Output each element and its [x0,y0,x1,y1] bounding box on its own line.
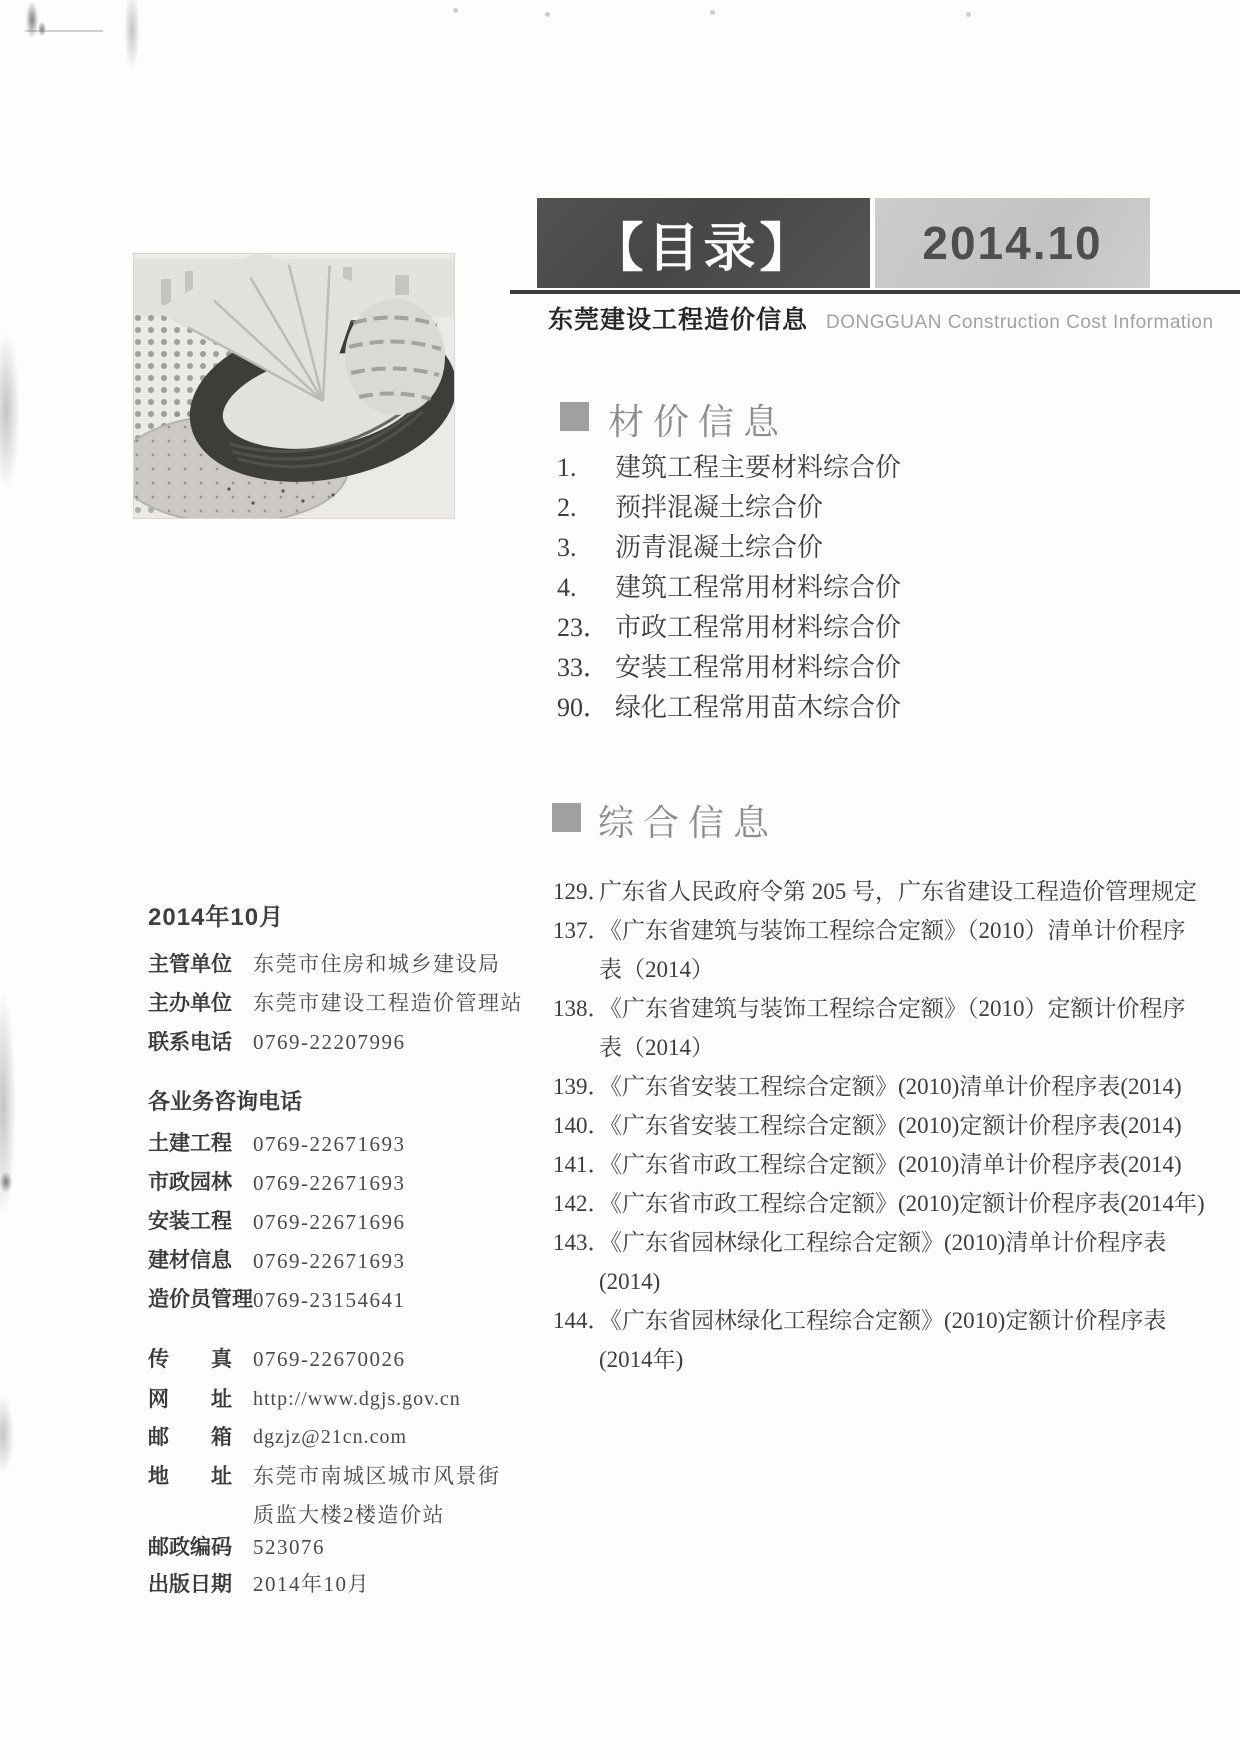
scan-mark [966,12,971,17]
toc-title: 【目录】 [591,206,815,281]
scan-mark [545,12,550,17]
toc-entry: 142．《广东省市政工程综合定额》(2010)定额计价程序表(2014年) [553,1184,1153,1223]
toc-entry: 139．《广东省安装工程综合定额》(2010)清单计价程序表(2014) [553,1067,1153,1106]
toc-title-banner: 【目录】 [537,198,870,288]
toc-entry-continuation: 表（2014） [553,950,1153,989]
row-value: 0769-22207996 [253,1030,406,1054]
row-value: dgzjz@21cn.com [253,1426,407,1448]
scan-mark [0,1172,12,1192]
toc-entry: 33．安装工程常用材料综合价 [557,648,901,688]
toc-entry: 4.建筑工程常用材料综合价 [557,568,901,608]
toc-entry-title: 《广东省安装工程综合定额》(2010)定额计价程序表(2014) [599,1113,1182,1138]
toc-entry-number: 90． [557,688,615,728]
publisher-row: 联系电话0769-22207996 [148,1024,523,1063]
row-value: 东莞市南城区城市风景街 [253,1464,501,1488]
toc-entry: 23．市政工程常用材料综合价 [557,608,901,648]
contact-block: 传真0769-22670026 网址http://www.dgjs.gov.cn… [148,1341,501,1537]
publisher-row: 主办单位东莞市建设工程造价管理站 [148,985,523,1024]
row-value: 东莞市建设工程造价管理站 [253,991,523,1015]
row-value: 0769-22671696 [253,1210,406,1234]
scan-mark [38,22,46,36]
section-bullet-icon [552,803,581,832]
toc-entry-number: 138． [553,989,599,1028]
row-label: 地址 [148,1458,232,1496]
row-label: 安装工程 [148,1204,232,1240]
contact-row: 传真0769-22670026 [148,1341,501,1381]
header-divider [510,290,1240,294]
scan-mark [0,990,16,1220]
toc-entry-title: 绿化工程常用苗木综合价 [615,693,901,722]
hotline-row: 土建工程0769-22671693 [148,1126,406,1165]
issue-month-label: 2014年10月 [148,897,284,932]
scan-mark [710,10,715,15]
toc-entry-title: 《广东省建筑与装饰工程综合定额》（2010）清单计价程序 [599,918,1186,943]
row-label: 邮箱 [148,1419,232,1457]
publisher-org-block: 主管单位东莞市住房和城乡建设局 主办单位东莞市建设工程造价管理站 联系电话076… [148,946,523,1063]
toc-entry-title: 《广东省建筑与装饰工程综合定额》（2010）定额计价程序 [599,996,1186,1021]
toc-entry-number: 129． [553,872,599,911]
toc-entry-number: 4. [557,568,615,608]
toc-entry-number: 2. [557,488,615,528]
toc-entry: 137．《广东省建筑与装饰工程综合定额》（2010）清单计价程序 [553,911,1153,950]
toc-entry-title: 预拌混凝土综合价 [615,493,823,522]
row-label: 土建工程 [148,1126,232,1162]
toc-entry-number: 142． [553,1184,599,1223]
row-label: 联系电话 [148,1024,232,1061]
toc-entry-title: 建筑工程常用材料综合价 [615,573,901,602]
contact-row: 邮箱dgzjz@21cn.com [148,1419,501,1458]
row-value: 0769-22671693 [253,1132,406,1156]
toc-entry-title: 《广东省园林绿化工程综合定额》(2010)清单计价程序表 [599,1230,1166,1255]
toc-entry: 141．《广东省市政工程综合定额》(2010)清单计价程序表(2014) [553,1145,1153,1184]
row-label: 传真 [148,1341,232,1379]
toc-entry-continuation: (2014) [553,1262,1153,1301]
toc-entry-number: 137． [553,911,599,950]
contact-row: 地址东莞市南城区城市风景街 [148,1458,501,1498]
hotline-row: 造价员管理0769-23154641 [148,1282,406,1321]
toc-entry-number: 33． [557,648,615,688]
toc-entry-number: 139． [553,1067,599,1106]
hotline-row: 安装工程0769-22671696 [148,1204,406,1243]
toc-entry-number: 144． [553,1301,599,1340]
toc-entry-title: 沥青混凝土综合价 [615,533,823,562]
row-value: http://www.dgjs.gov.cn [253,1388,461,1410]
row-value: 0769-22670026 [253,1347,406,1371]
toc-entry-number: 141． [553,1145,599,1184]
postal-row: 邮政编码523076 [148,1530,370,1567]
section-title-info: 综合信息 [598,795,778,846]
toc-entry: 144．《广东省园林绿化工程综合定额》(2010)定额计价程序表 [553,1301,1153,1340]
hotline-block: 土建工程0769-22671693 市政园林0769-22671693 安装工程… [148,1126,406,1321]
hotline-row: 市政园林0769-22671693 [148,1165,406,1204]
row-label: 市政园林 [148,1165,232,1201]
cover-photo-illustration [133,253,455,519]
toc-entry-title: 市政工程常用材料综合价 [615,613,901,642]
toc-entry-number: 140． [553,1106,599,1145]
toc-entry-number: 23． [557,608,615,648]
scan-mark [124,0,140,70]
toc-entry-title: 《广东省市政工程综合定额》(2010)清单计价程序表(2014) [599,1152,1182,1177]
contact-row: 网址http://www.dgjs.gov.cn [148,1381,501,1420]
material-toc-list: 1.建筑工程主要材料综合价 2.预拌混凝土综合价 3.沥青混凝土综合价 4.建筑… [557,448,901,728]
toc-entry: 90．绿化工程常用苗木综合价 [557,688,901,728]
cover-photo [133,253,455,519]
row-value: 0769-22671693 [253,1171,406,1195]
row-label: 建材信息 [148,1243,232,1279]
toc-entry-number: 1. [557,448,615,488]
hotline-row: 建材信息0769-22671693 [148,1243,406,1282]
scan-mark [25,30,103,32]
row-value: 东莞市住房和城乡建设局 [253,952,501,976]
toc-entry: 3.沥青混凝土综合价 [557,528,901,568]
section-bullet-icon [560,402,589,431]
issue-banner: 2014.10 [875,198,1150,288]
row-value: 0769-23154641 [253,1288,406,1312]
row-label: 网址 [148,1381,232,1419]
row-label: 邮政编码 [148,1530,232,1565]
toc-entry-title: 《广东省园林绿化工程综合定额》(2010)定额计价程序表 [599,1308,1166,1333]
toc-entry-title: 安装工程常用材料综合价 [615,653,901,682]
row-value: 2014年10月 [253,1572,370,1596]
toc-entry-title: 《广东省市政工程综合定额》(2010)定额计价程序表(2014年) [599,1191,1205,1216]
toc-entry: 129．广东省人民政府令第 205 号，广东省建设工程造价管理规定 [553,872,1153,911]
toc-entry-number: 3. [557,528,615,568]
toc-entry-number: 143． [553,1223,599,1262]
info-toc-list: 129．广东省人民政府令第 205 号，广东省建设工程造价管理规定 137．《广… [553,872,1153,1379]
scanned-toc-page: 【目录】 2014.10 东莞建设工程造价信息 DONGGUAN Constru… [0,0,1240,1753]
row-value: 0769-22671693 [253,1249,406,1273]
toc-entry-continuation: 表（2014） [553,1028,1153,1067]
toc-entry: 1.建筑工程主要材料综合价 [557,448,901,488]
scan-mark [453,8,458,13]
toc-entry: 138．《广东省建筑与装饰工程综合定额》（2010）定额计价程序 [553,989,1153,1028]
row-label: 主管单位 [148,946,232,983]
toc-entry-title: 建筑工程主要材料综合价 [615,453,901,482]
toc-entry-title: 广东省人民政府令第 205 号，广东省建设工程造价管理规定 [599,879,1197,904]
toc-entry: 2.预拌混凝土综合价 [557,488,901,528]
row-label: 造价员管理 [148,1282,253,1318]
hotline-section-title: 各业务咨询电话 [148,1085,302,1116]
postal-row: 出版日期2014年10月 [148,1567,370,1604]
toc-entry-continuation: (2014年) [553,1340,1153,1379]
postal-block: 邮政编码523076 出版日期2014年10月 [148,1530,370,1604]
journal-title-line: 东莞建设工程造价信息 DONGGUAN Construction Cost In… [548,300,1240,336]
scan-mark [0,330,20,490]
toc-entry: 140．《广东省安装工程综合定额》(2010)定额计价程序表(2014) [553,1106,1153,1145]
scan-mark [0,1395,14,1475]
publisher-row: 主管单位东莞市住房和城乡建设局 [148,946,523,985]
spiral-tower [345,299,445,415]
toc-entry-title: 《广东省安装工程综合定额》(2010)清单计价程序表(2014) [599,1074,1182,1099]
scan-mark [26,2,38,38]
toc-entry: 143．《广东省园林绿化工程综合定额》(2010)清单计价程序表 [553,1223,1153,1262]
row-label: 出版日期 [148,1567,232,1602]
journal-title-zh: 东莞建设工程造价信息 [548,306,808,334]
row-label: 主办单位 [148,985,232,1022]
journal-title-en: DONGGUAN Construction Cost Information [826,312,1214,333]
section-title-material: 材价信息 [608,394,788,445]
row-value: 523076 [253,1535,325,1559]
issue-label: 2014.10 [922,216,1102,270]
